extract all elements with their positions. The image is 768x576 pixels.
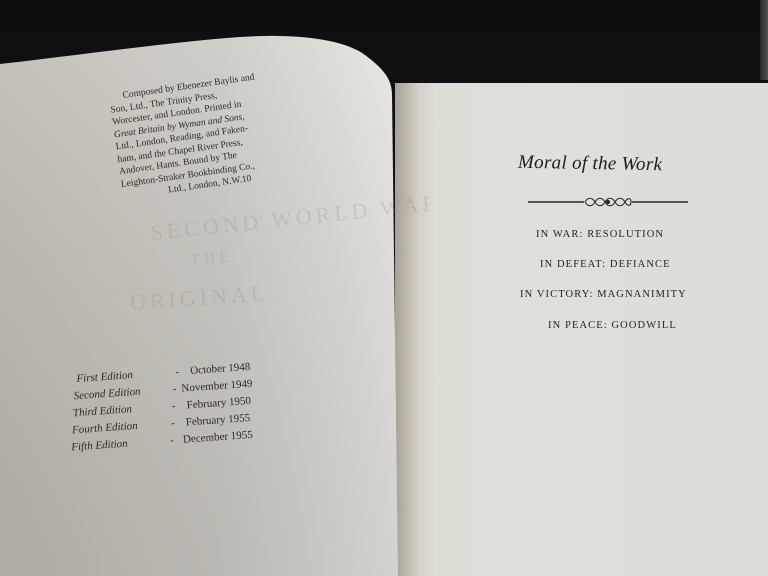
- motto-war: IN WAR: RESOLUTION: [536, 229, 664, 240]
- edition-separator: -: [165, 415, 180, 433]
- motto-victory: IN VICTORY: MAGNANIMITY: [520, 289, 687, 300]
- edition-separator: -: [167, 381, 182, 399]
- edition-separator: -: [166, 398, 181, 416]
- motto-defeat: IN DEFEAT: DEFIANCE: [540, 259, 671, 270]
- edition-history: First Edition - October 1948 Second Edit…: [62, 359, 257, 457]
- edition-separator: -: [170, 363, 185, 381]
- show-through-text: THE: [189, 248, 234, 270]
- page-title: Moral of the Work: [518, 152, 663, 177]
- decorative-rule-icon: [528, 196, 688, 208]
- book-cover-edge: [760, 0, 768, 80]
- edition-separator: -: [165, 432, 180, 450]
- motto-peace: IN PEACE: GOODWILL: [548, 320, 677, 331]
